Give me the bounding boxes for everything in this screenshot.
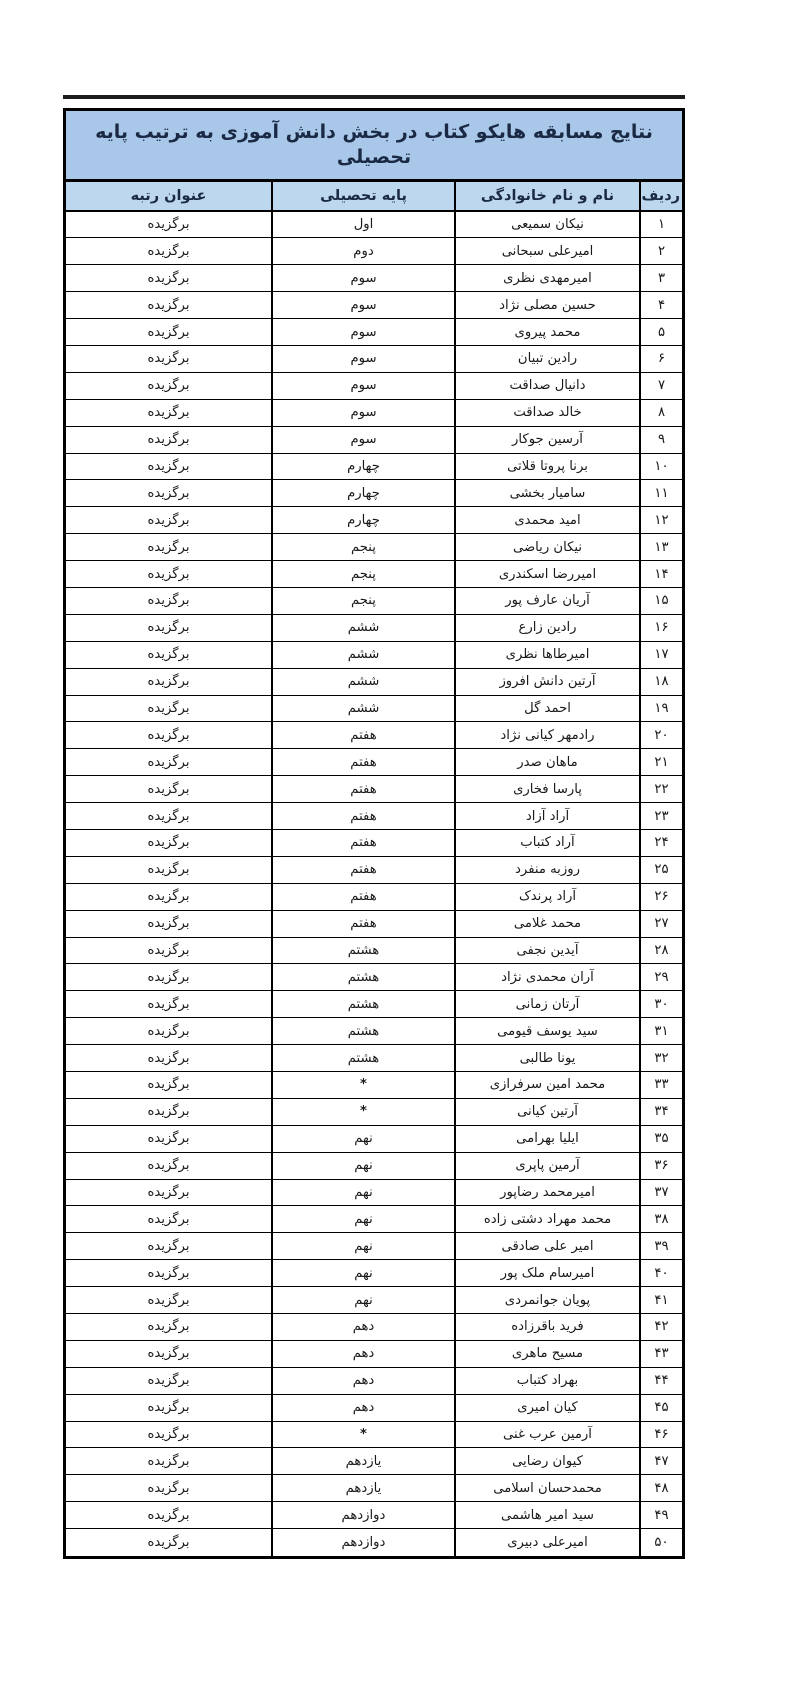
row-rank: برگزیده (66, 1072, 272, 1099)
row-name: آرتین کیانی (455, 1098, 640, 1125)
row-grade: سوم (272, 345, 455, 372)
row-rank: برگزیده (66, 883, 272, 910)
row-index: ۱۸ (640, 668, 682, 695)
row-index: ۲۹ (640, 964, 682, 991)
row-name: آرمین عرب غنی (455, 1421, 640, 1448)
row-grade: هشتم (272, 937, 455, 964)
row-index: ۱۶ (640, 614, 682, 641)
row-name: امیرمهدی نظری (455, 265, 640, 292)
row-rank: برگزیده (66, 1045, 272, 1072)
row-rank: برگزیده (66, 910, 272, 937)
row-grade: نهم (272, 1152, 455, 1179)
row-grade: دوم (272, 238, 455, 265)
row-rank: برگزیده (66, 991, 272, 1018)
row-name: برنا پروتا قلاتی (455, 453, 640, 480)
table-row: ۳ امیرمهدی نظری سوم برگزیده (66, 265, 682, 292)
row-rank: برگزیده (66, 1179, 272, 1206)
row-grade: سوم (272, 372, 455, 399)
row-index: ۴۷ (640, 1448, 682, 1475)
row-rank: برگزیده (66, 614, 272, 641)
table-row: ۱۷ امیرطاها نظری ششم برگزیده (66, 641, 682, 668)
header-index: ردیف (640, 182, 682, 211)
table-title-band: نتایج مسابقه هایکو کتاب در بخش دانش آموز… (66, 111, 682, 182)
row-rank: برگزیده (66, 426, 272, 453)
row-index: ۱۲ (640, 507, 682, 534)
row-grade: پنجم (272, 587, 455, 614)
row-grade: ششم (272, 695, 455, 722)
row-grade: * (272, 1072, 455, 1099)
row-grade: سوم (272, 319, 455, 346)
row-rank: برگزیده (66, 372, 272, 399)
row-name: دانیال صداقت (455, 372, 640, 399)
row-rank: برگزیده (66, 534, 272, 561)
row-name: روزبه منفرد (455, 856, 640, 883)
table-row: ۱۲ امید محمدی چهارم برگزیده (66, 507, 682, 534)
row-name: امیرطاها نظری (455, 641, 640, 668)
row-index: ۲۱ (640, 749, 682, 776)
table-row: ۱۴ امیررضا اسکندری پنجم برگزیده (66, 561, 682, 588)
table-row: ۴۱ پویان جوانمردی نهم برگزیده (66, 1287, 682, 1314)
row-name: آرسین جوکار (455, 426, 640, 453)
document-page: نتایج مسابقه هایکو کتاب در بخش دانش آموز… (0, 0, 786, 1683)
row-index: ۶ (640, 345, 682, 372)
table-row: ۲۶ آراد پرندک هفتم برگزیده (66, 883, 682, 910)
row-name: امید محمدی (455, 507, 640, 534)
row-grade: هفتم (272, 856, 455, 883)
row-grade: ششم (272, 614, 455, 641)
row-index: ۳۲ (640, 1045, 682, 1072)
row-grade: هفتم (272, 883, 455, 910)
row-rank: برگزیده (66, 668, 272, 695)
row-rank: برگزیده (66, 722, 272, 749)
table-row: ۳۵ ایلیا بهرامی نهم برگزیده (66, 1125, 682, 1152)
row-index: ۹ (640, 426, 682, 453)
table-row: ۲۵ روزبه منفرد هفتم برگزیده (66, 856, 682, 883)
row-name: احمد گل (455, 695, 640, 722)
table-row: ۲۱ ماهان صدر هفتم برگزیده (66, 749, 682, 776)
table-row: ۱۹ احمد گل ششم برگزیده (66, 695, 682, 722)
row-rank: برگزیده (66, 1448, 272, 1475)
row-rank: برگزیده (66, 937, 272, 964)
table-row: ۸ خالد صداقت سوم برگزیده (66, 399, 682, 426)
row-grade: یازدهم (272, 1448, 455, 1475)
table-row: ۳۳ محمد امین سرفرازی * برگزیده (66, 1072, 682, 1099)
row-grade: نهم (272, 1233, 455, 1260)
row-grade: نهم (272, 1260, 455, 1287)
row-grade: دوازدهم (272, 1502, 455, 1529)
table-row: ۴۳ مسیح ماهری دهم برگزیده (66, 1340, 682, 1367)
row-rank: برگزیده (66, 1018, 272, 1045)
row-name: یونا طالبی (455, 1045, 640, 1072)
row-name: محمد غلامی (455, 910, 640, 937)
row-grade: نهم (272, 1206, 455, 1233)
table-row: ۲۹ آران محمدی نژاد هشتم برگزیده (66, 964, 682, 991)
row-name: آریان عارف پور (455, 587, 640, 614)
table-row: ۴۵ کیان امیری دهم برگزیده (66, 1394, 682, 1421)
row-grade: هشتم (272, 991, 455, 1018)
row-index: ۴۳ (640, 1340, 682, 1367)
row-name: مسیح ماهری (455, 1340, 640, 1367)
table-row: ۳۷ امیرمحمد رضاپور نهم برگزیده (66, 1179, 682, 1206)
row-index: ۷ (640, 372, 682, 399)
row-name: رادین تبیان (455, 345, 640, 372)
row-index: ۴ (640, 292, 682, 319)
row-index: ۲۲ (640, 776, 682, 803)
row-name: آراد آزاد (455, 803, 640, 830)
row-rank: برگزیده (66, 1152, 272, 1179)
row-index: ۴۱ (640, 1287, 682, 1314)
row-name: امیرعلی سبحانی (455, 238, 640, 265)
row-grade: هشتم (272, 964, 455, 991)
row-index: ۱۴ (640, 561, 682, 588)
row-grade: دهم (272, 1314, 455, 1341)
table-row: ۴ حسین مصلی نژاد سوم برگزیده (66, 292, 682, 319)
table-row: ۷ دانیال صداقت سوم برگزیده (66, 372, 682, 399)
table-row: ۴۸ محمدحسان اسلامی یازدهم برگزیده (66, 1475, 682, 1502)
table-row: ۳۰ آرتان زمانی هشتم برگزیده (66, 991, 682, 1018)
row-index: ۴۹ (640, 1502, 682, 1529)
row-grade: سوم (272, 265, 455, 292)
row-rank: برگزیده (66, 1206, 272, 1233)
row-grade: هفتم (272, 829, 455, 856)
row-rank: برگزیده (66, 1287, 272, 1314)
row-grade: هفتم (272, 910, 455, 937)
row-name: سید یوسف قیومی (455, 1018, 640, 1045)
row-rank: برگزیده (66, 749, 272, 776)
row-grade: دهم (272, 1340, 455, 1367)
row-rank: برگزیده (66, 345, 272, 372)
row-rank: برگزیده (66, 1421, 272, 1448)
row-grade: نهم (272, 1125, 455, 1152)
row-name: امیرعلی دبیری (455, 1529, 640, 1556)
row-name: امیرمحمد رضاپور (455, 1179, 640, 1206)
row-name: محمد پیروی (455, 319, 640, 346)
row-index: ۳۵ (640, 1125, 682, 1152)
row-name: نیکان سمیعی (455, 211, 640, 238)
row-name: کیوان رضایی (455, 1448, 640, 1475)
table-row: ۹ آرسین جوکار سوم برگزیده (66, 426, 682, 453)
row-name: رادمهر کیانی نژاد (455, 722, 640, 749)
row-grade: سوم (272, 292, 455, 319)
table-row: ۴۹ سید امیر هاشمی دوازدهم برگزیده (66, 1502, 682, 1529)
header-row: ردیف نام و نام خانوادگی پایه تحصیلی عنوا… (66, 182, 682, 211)
row-grade: چهارم (272, 453, 455, 480)
table-row: ۲۳ آراد آزاد هفتم برگزیده (66, 803, 682, 830)
row-grade: نهم (272, 1287, 455, 1314)
table-row: ۲ امیرعلی سبحانی دوم برگزیده (66, 238, 682, 265)
header-rank: عنوان رتبه (66, 182, 272, 211)
row-name: امیررضا اسکندری (455, 561, 640, 588)
row-grade: دهم (272, 1394, 455, 1421)
row-rank: برگزیده (66, 695, 272, 722)
row-rank: برگزیده (66, 1233, 272, 1260)
row-name: نیکان ریاضی (455, 534, 640, 561)
row-index: ۱۳ (640, 534, 682, 561)
row-name: محمد امین سرفرازی (455, 1072, 640, 1099)
row-index: ۲۶ (640, 883, 682, 910)
row-name: ایلیا بهرامی (455, 1125, 640, 1152)
row-name: کیان امیری (455, 1394, 640, 1421)
results-table: نتایج مسابقه هایکو کتاب در بخش دانش آموز… (63, 108, 685, 1559)
row-name: محمد مهراد دشتی زاده (455, 1206, 640, 1233)
row-grade: یازدهم (272, 1475, 455, 1502)
row-rank: برگزیده (66, 507, 272, 534)
row-index: ۸ (640, 399, 682, 426)
table-row: ۲۲ پارسا فخاری هفتم برگزیده (66, 776, 682, 803)
row-name: آرمین پاپری (455, 1152, 640, 1179)
table-row: ۴۴ بهراد کتباب دهم برگزیده (66, 1367, 682, 1394)
row-rank: برگزیده (66, 265, 272, 292)
table-row: ۲۴ آراد کتباب هفتم برگزیده (66, 829, 682, 856)
row-rank: برگزیده (66, 829, 272, 856)
table-row: ۲۷ محمد غلامی هفتم برگزیده (66, 910, 682, 937)
row-index: ۲۰ (640, 722, 682, 749)
row-index: ۲۴ (640, 829, 682, 856)
row-grade: هفتم (272, 722, 455, 749)
table-title: نتایج مسابقه هایکو کتاب در بخش دانش آموز… (76, 120, 672, 169)
row-index: ۳۹ (640, 1233, 682, 1260)
table-row: ۱۰ برنا پروتا قلاتی چهارم برگزیده (66, 453, 682, 480)
row-index: ۳۷ (640, 1179, 682, 1206)
row-rank: برگزیده (66, 803, 272, 830)
row-index: ۴۴ (640, 1367, 682, 1394)
row-index: ۴۶ (640, 1421, 682, 1448)
table-row: ۴۰ امیرسام ملک پور نهم برگزیده (66, 1260, 682, 1287)
row-rank: برگزیده (66, 964, 272, 991)
row-name: فرید باقرزاده (455, 1314, 640, 1341)
table-row: ۴۲ فرید باقرزاده دهم برگزیده (66, 1314, 682, 1341)
table-row: ۲۰ رادمهر کیانی نژاد هفتم برگزیده (66, 722, 682, 749)
row-rank: برگزیده (66, 1475, 272, 1502)
results-grid: ردیف نام و نام خانوادگی پایه تحصیلی عنوا… (66, 182, 682, 1556)
results-table-body: ۱ نیکان سمیعی اول برگزیده ۲ امیرعلی سبحا… (66, 211, 682, 1556)
row-rank: برگزیده (66, 1529, 272, 1556)
header-name: نام و نام خانوادگی (455, 182, 640, 211)
row-index: ۴۲ (640, 1314, 682, 1341)
row-name: آراد پرندک (455, 883, 640, 910)
table-row: ۱ نیکان سمیعی اول برگزیده (66, 211, 682, 238)
row-grade: دهم (272, 1367, 455, 1394)
row-index: ۳۶ (640, 1152, 682, 1179)
row-rank: برگزیده (66, 1125, 272, 1152)
row-index: ۳ (640, 265, 682, 292)
row-index: ۳۴ (640, 1098, 682, 1125)
table-row: ۳۱ سید یوسف قیومی هشتم برگزیده (66, 1018, 682, 1045)
row-grade: نهم (272, 1179, 455, 1206)
row-name: سامیار بخشی (455, 480, 640, 507)
row-rank: برگزیده (66, 1394, 272, 1421)
row-rank: برگزیده (66, 587, 272, 614)
row-rank: برگزیده (66, 561, 272, 588)
row-name: امیر علی صادقی (455, 1233, 640, 1260)
row-index: ۱۰ (640, 453, 682, 480)
row-index: ۱۹ (640, 695, 682, 722)
table-row: ۲۸ آیدین نجفی هشتم برگزیده (66, 937, 682, 964)
row-name: رادین زارع (455, 614, 640, 641)
top-divider-rule (63, 95, 685, 99)
row-name: ماهان صدر (455, 749, 640, 776)
row-index: ۳۳ (640, 1072, 682, 1099)
row-grade: اول (272, 211, 455, 238)
row-index: ۲۸ (640, 937, 682, 964)
row-grade: چهارم (272, 480, 455, 507)
row-index: ۱۱ (640, 480, 682, 507)
row-name: آرتان زمانی (455, 991, 640, 1018)
row-index: ۲۵ (640, 856, 682, 883)
row-rank: برگزیده (66, 776, 272, 803)
row-index: ۴۸ (640, 1475, 682, 1502)
row-index: ۵۰ (640, 1529, 682, 1556)
table-row: ۴۶ آرمین عرب غنی * برگزیده (66, 1421, 682, 1448)
row-index: ۱۵ (640, 587, 682, 614)
row-grade: هفتم (272, 803, 455, 830)
row-name: سید امیر هاشمی (455, 1502, 640, 1529)
row-index: ۳۱ (640, 1018, 682, 1045)
row-name: بهراد کتباب (455, 1367, 640, 1394)
row-grade: هشتم (272, 1018, 455, 1045)
row-index: ۴۵ (640, 1394, 682, 1421)
row-rank: برگزیده (66, 856, 272, 883)
row-index: ۳۸ (640, 1206, 682, 1233)
table-row: ۱۵ آریان عارف پور پنجم برگزیده (66, 587, 682, 614)
row-name: آراد کتباب (455, 829, 640, 856)
table-row: ۶ رادین تبیان سوم برگزیده (66, 345, 682, 372)
row-rank: برگزیده (66, 453, 272, 480)
row-rank: برگزیده (66, 292, 272, 319)
row-index: ۲۷ (640, 910, 682, 937)
table-row: ۳۲ یونا طالبی هشتم برگزیده (66, 1045, 682, 1072)
row-name: پارسا فخاری (455, 776, 640, 803)
row-grade: سوم (272, 426, 455, 453)
table-row: ۴۷ کیوان رضایی یازدهم برگزیده (66, 1448, 682, 1475)
row-index: ۲۳ (640, 803, 682, 830)
row-grade: * (272, 1098, 455, 1125)
table-row: ۳۹ امیر علی صادقی نهم برگزیده (66, 1233, 682, 1260)
row-grade: دوازدهم (272, 1529, 455, 1556)
row-rank: برگزیده (66, 480, 272, 507)
header-grade: پایه تحصیلی (272, 182, 455, 211)
row-index: ۲ (640, 238, 682, 265)
row-name: محمدحسان اسلامی (455, 1475, 640, 1502)
row-name: حسین مصلی نژاد (455, 292, 640, 319)
row-name: امیرسام ملک پور (455, 1260, 640, 1287)
row-grade: چهارم (272, 507, 455, 534)
row-rank: برگزیده (66, 641, 272, 668)
row-grade: هفتم (272, 776, 455, 803)
row-index: ۱۷ (640, 641, 682, 668)
row-grade: هفتم (272, 749, 455, 776)
row-rank: برگزیده (66, 1367, 272, 1394)
row-name: آران محمدی نژاد (455, 964, 640, 991)
row-rank: برگزیده (66, 1340, 272, 1367)
row-name: پویان جوانمردی (455, 1287, 640, 1314)
row-grade: پنجم (272, 561, 455, 588)
row-rank: برگزیده (66, 399, 272, 426)
table-row: ۱۳ نیکان ریاضی پنجم برگزیده (66, 534, 682, 561)
row-grade: پنجم (272, 534, 455, 561)
row-rank: برگزیده (66, 1260, 272, 1287)
row-rank: برگزیده (66, 1502, 272, 1529)
row-index: ۴۰ (640, 1260, 682, 1287)
row-index: ۵ (640, 319, 682, 346)
row-grade: ششم (272, 668, 455, 695)
table-row: ۵۰ امیرعلی دبیری دوازدهم برگزیده (66, 1529, 682, 1556)
row-index: ۱ (640, 211, 682, 238)
table-row: ۳۸ محمد مهراد دشتی زاده نهم برگزیده (66, 1206, 682, 1233)
table-row: ۱۶ رادین زارع ششم برگزیده (66, 614, 682, 641)
table-row: ۳۴ آرتین کیانی * برگزیده (66, 1098, 682, 1125)
row-rank: برگزیده (66, 238, 272, 265)
row-index: ۳۰ (640, 991, 682, 1018)
table-row: ۳۶ آرمین پاپری نهم برگزیده (66, 1152, 682, 1179)
table-row: ۱۱ سامیار بخشی چهارم برگزیده (66, 480, 682, 507)
table-row: ۱۸ آرتین دانش افروز ششم برگزیده (66, 668, 682, 695)
row-rank: برگزیده (66, 1314, 272, 1341)
row-grade: ششم (272, 641, 455, 668)
row-name: آرتین دانش افروز (455, 668, 640, 695)
row-grade: * (272, 1421, 455, 1448)
row-name: آیدین نجفی (455, 937, 640, 964)
row-rank: برگزیده (66, 319, 272, 346)
table-row: ۵ محمد پیروی سوم برگزیده (66, 319, 682, 346)
row-name: خالد صداقت (455, 399, 640, 426)
row-grade: هشتم (272, 1045, 455, 1072)
row-rank: برگزیده (66, 211, 272, 238)
row-grade: سوم (272, 399, 455, 426)
row-rank: برگزیده (66, 1098, 272, 1125)
